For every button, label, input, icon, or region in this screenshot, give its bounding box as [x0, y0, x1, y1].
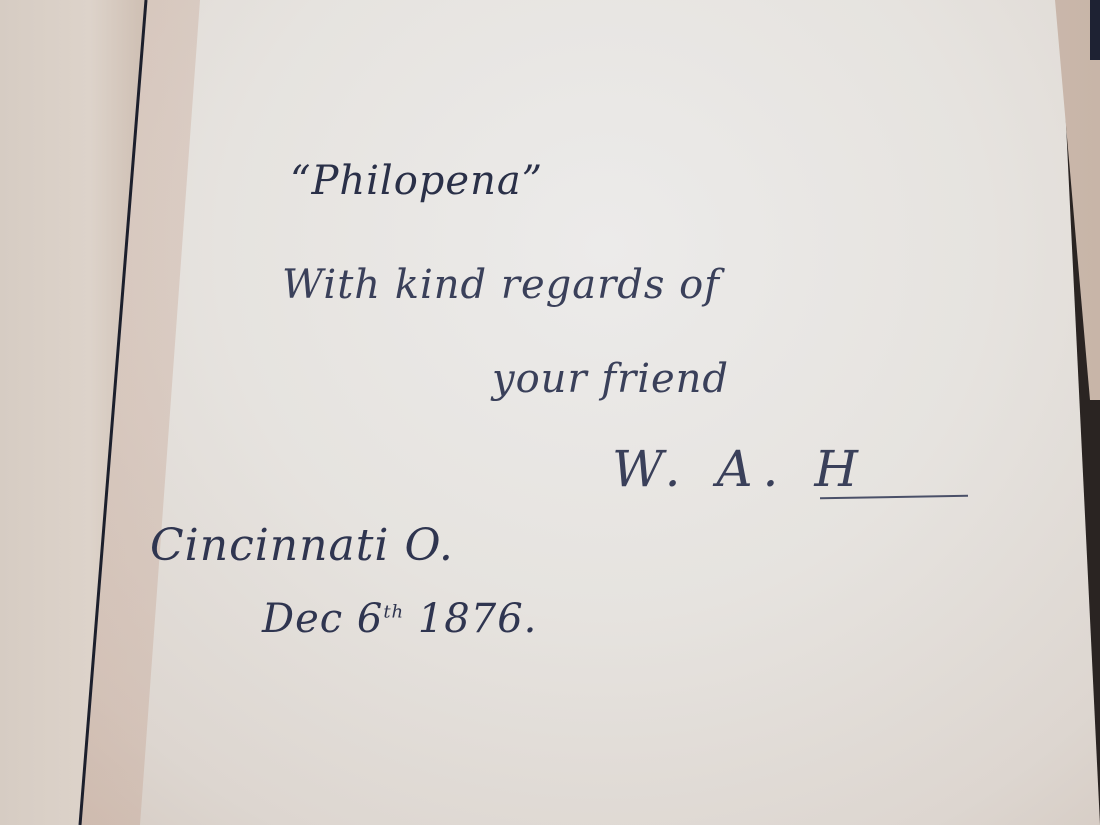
inscription-place: Cincinnati O. — [150, 520, 454, 571]
date-day: Dec 6 — [262, 596, 383, 642]
inscription-date: Dec 6th 1876. — [262, 596, 537, 642]
date-suffix: th — [383, 602, 404, 623]
inscription-title: “Philopena” — [290, 158, 543, 204]
background-corner — [1090, 0, 1100, 60]
inscription-line-2: your friend — [492, 356, 729, 402]
signature-initials: W. A. H — [612, 440, 868, 498]
date-year: 1876. — [418, 596, 538, 642]
inscription-line-1: With kind regards of — [282, 262, 720, 308]
